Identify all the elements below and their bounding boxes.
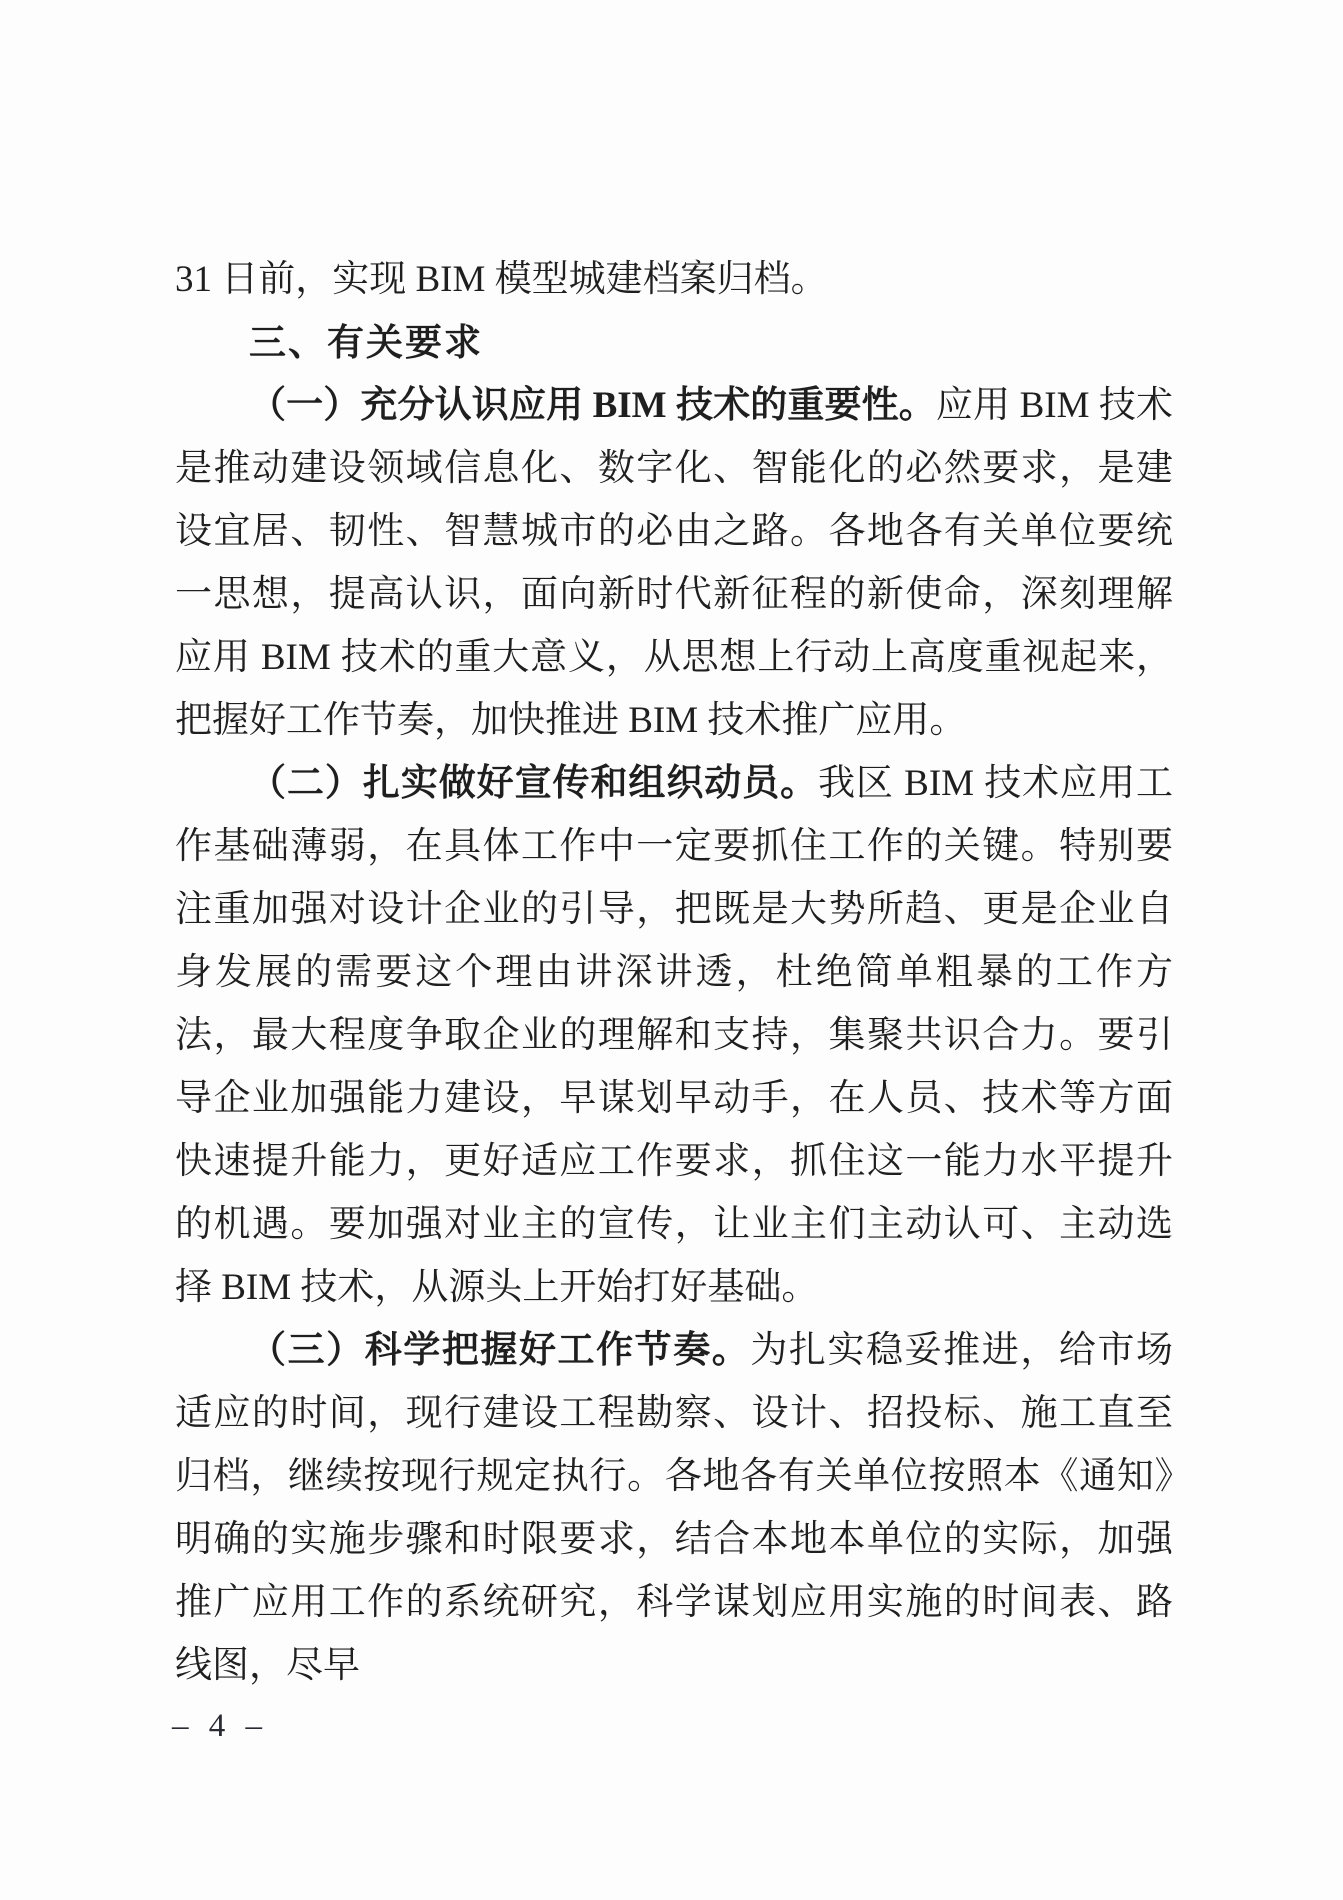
document-text-block: 31 日前，实现 BIM 模型城建档案归档。 三、有关要求 （一）充分认识应用 … <box>175 248 1173 1697</box>
section-heading: 三、有关要求 <box>175 311 1173 374</box>
paragraph-2-body: 我区 BIM 技术应用工作基础薄弱，在具体工作中一定要抓住工作的关键。特别要注重… <box>175 763 1173 1308</box>
paragraph-2-lead: （二）扎实做好宣传和组织动员。 <box>249 763 818 804</box>
paragraph-3-lead: （三）科学把握好工作节奏。 <box>249 1330 750 1371</box>
continuation-line: 31 日前，实现 BIM 模型城建档案归档。 <box>175 248 1173 311</box>
paragraph-1-body: 应用 BIM 技术是推动建设领域信息化、数字化、智能化的必然要求，是建设宜居、韧… <box>175 385 1173 741</box>
page-number: – 4 – <box>172 1706 268 1746</box>
paragraph-2: （二）扎实做好宣传和组织动员。我区 BIM 技术应用工作基础薄弱，在具体工作中一… <box>175 752 1173 1319</box>
paragraph-1: （一）充分认识应用 BIM 技术的重要性。应用 BIM 技术是推动建设领域信息化… <box>175 374 1173 752</box>
paragraph-3: （三）科学把握好工作节奏。为扎实稳妥推进，给市场适应的时间，现行建设工程勘察、设… <box>175 1319 1173 1697</box>
paragraph-1-lead: （一）充分认识应用 BIM 技术的重要性。 <box>249 385 936 426</box>
paragraph-3-body: 为扎实稳妥推进，给市场适应的时间，现行建设工程勘察、设计、招投标、施工直至归档，… <box>175 1330 1173 1686</box>
document-page: 31 日前，实现 BIM 模型城建档案归档。 三、有关要求 （一）充分认识应用 … <box>0 0 1343 1900</box>
